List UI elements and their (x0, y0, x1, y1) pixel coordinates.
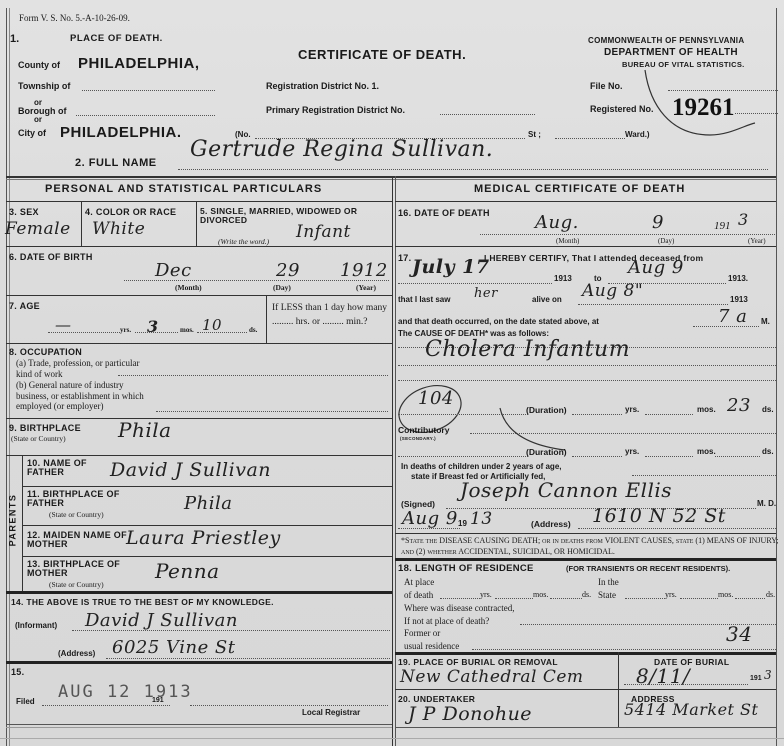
occupation-label: 8. OCCUPATION (9, 347, 82, 357)
duration-mos-caption-1: mos. (697, 405, 716, 414)
duration-yrs-field-2 (572, 456, 622, 457)
alive-on-label: alive on (532, 295, 562, 304)
city-label: City of (18, 128, 46, 138)
filed-field (42, 705, 170, 706)
burial-year-prefix: 191 (750, 675, 762, 682)
footnote-text: *State the DISEASE CAUSING DEATH; or in … (401, 536, 779, 557)
full-name-value: Gertrude Regina Sullivan. (190, 137, 493, 162)
physician-address-value: 1610 N 52 St (592, 505, 726, 527)
informant-label: (Informant) (15, 621, 57, 630)
row-rule-7 (6, 343, 392, 344)
father-birthplace-label: 11. BIRTHPLACE OF FATHER (27, 490, 127, 508)
duration-days-value: 23 (727, 395, 751, 416)
age-years-value: — (55, 315, 72, 334)
file-no-label: File No. (590, 81, 623, 91)
father-name-label: 10. NAME OF FATHER (27, 459, 107, 477)
age-mos-caption: mos. (180, 326, 194, 334)
age-divider (266, 295, 267, 343)
cause-line-2 (398, 365, 776, 366)
department-label: DEPARTMENT OF HEALTH (604, 47, 738, 58)
burial-date-value: 8/11/ (636, 664, 690, 688)
dod-day-caption: (Day) (658, 237, 674, 245)
duration-yrs-field-1 (572, 414, 622, 415)
state-ds-caption: ds. (766, 590, 775, 599)
occupation-b-field (156, 411, 388, 412)
signed-year-suffix: 13 (470, 509, 493, 529)
residence-yrs-field (440, 598, 480, 599)
attended-to-year: 1913. (728, 274, 748, 283)
bottom-rule-left (6, 724, 392, 725)
burial-bottom-rule (395, 689, 776, 690)
mother-name-value: Laura Priestley (126, 527, 281, 549)
duration-mos-field-2 (645, 456, 693, 457)
mother-name-label: 12. MAIDEN NAME OF MOTHER (27, 531, 142, 549)
less-than-day-text: If LESS than 1 day how many ......... hr… (272, 301, 390, 329)
full-name-field (178, 169, 768, 170)
contracted-label-1: Where was disease contracted, (404, 603, 514, 613)
filed-year-suffix: 191 (152, 697, 164, 704)
death-time-value: 7 a (718, 306, 747, 327)
contributory-field (470, 433, 776, 434)
duration-ds-caption-1: ds. (762, 405, 774, 414)
duration-yrs-caption-1: yrs. (625, 405, 639, 414)
death-time-suffix: M. (761, 317, 770, 326)
undertaker-value: J P Donohue (408, 703, 532, 725)
age-days-value: 10 (202, 316, 222, 334)
attended-from-year: 1913 (554, 274, 572, 283)
duration-ds-caption-2: ds. (762, 447, 774, 456)
parents-side-label: PARENTS (7, 494, 17, 547)
left-border (6, 8, 7, 746)
or-label-2: or (34, 115, 42, 124)
place-of-death-label: PLACE OF DEATH. (70, 33, 163, 44)
mother-birthplace-hint: (State or Country) (49, 580, 104, 589)
parents-bottom-rule (6, 591, 392, 594)
dod-month-caption: (Month) (556, 237, 579, 245)
borough-label: Borough of (18, 106, 67, 116)
duration-line-1-pre (398, 414, 528, 415)
contributory-sublabel: (SECONDARY.) (400, 436, 436, 441)
informant-address-value: 6025 Vine St (112, 637, 236, 658)
attended-from-value: July 17 (412, 256, 490, 278)
duration-label-1: (Duration) (526, 405, 567, 415)
birthplace-label: 9. BIRTHPLACE (9, 423, 81, 433)
alive-on-value: Aug 8" (582, 281, 643, 301)
county-value: PHILADELPHIA, (78, 55, 200, 72)
registration-district-label: Registration District No. 1. (266, 81, 379, 91)
residence-label: 18. LENGTH OF RESIDENCE (398, 563, 534, 574)
cause-value: Cholera Infantum (425, 337, 630, 362)
form-id: Form V. S. No. 5.-A-10-26-09. (19, 13, 130, 23)
dob-label: 6. DATE OF BIRTH (9, 252, 93, 262)
former-label-2: usual residence (404, 641, 459, 651)
bottom-rule-right (395, 727, 776, 728)
alive-on-year: 1913 (730, 295, 748, 304)
state-label: State (598, 590, 616, 600)
burial-place-label: 19. PLACE OF BURIAL OR REMOVAL (398, 657, 558, 667)
city-value: PHILADELPHIA. (60, 124, 182, 141)
personal-heading-rule (6, 201, 392, 202)
residence-mos-field (495, 598, 533, 599)
parents-rule-10 (22, 486, 392, 487)
last-saw-label: that I last saw (398, 295, 450, 304)
last-saw-pronoun: her (474, 286, 498, 301)
physician-address-field (578, 528, 776, 529)
age-label: 7. AGE (9, 301, 40, 311)
section-1-number: 1. (10, 33, 19, 45)
left-border-inner (9, 8, 10, 746)
children-text-1: In deaths of children under 2 years of a… (401, 462, 561, 471)
dob-month-caption: (Month) (175, 283, 202, 292)
county-label: County of (18, 60, 60, 70)
dod-label: 16. DATE OF DEATH (398, 208, 490, 218)
former-residence-field (472, 649, 776, 650)
parents-rule-11 (22, 525, 392, 526)
dod-month: Aug. (535, 212, 579, 233)
section-15-label: 15. (11, 667, 24, 677)
duration-mos-caption-2: mos. (697, 447, 716, 456)
parents-rule-12 (22, 556, 392, 557)
header-separator-thin (6, 179, 776, 180)
state-mos-field (680, 598, 718, 599)
contracted-label-2: If not at place of death? (404, 616, 489, 626)
contributory-label: Contributory (398, 425, 449, 435)
dod-year-caption: (Year) (748, 237, 766, 245)
row-rule-3 (6, 246, 392, 247)
page-bottom-edge (0, 738, 784, 739)
informant-value: David J Sullivan (85, 610, 238, 631)
former-label-1: Former or (404, 628, 440, 638)
sex-value: Female (5, 219, 71, 239)
state-ds-field (735, 598, 765, 599)
race-marital-divider (196, 201, 197, 246)
breast-fed-field (632, 475, 776, 476)
informant-heading: 14. THE ABOVE IS TRUE TO THE BEST OF MY … (11, 597, 274, 607)
personal-heading: PERSONAL AND STATISTICAL PARTICULARS (45, 183, 322, 195)
signed-year-prefix: 19 (458, 519, 467, 528)
state-yrs-field (625, 598, 665, 599)
signed-date-value: Aug 9 (402, 508, 458, 529)
footnote-bottom-rule (395, 558, 776, 561)
residence-ds-caption: ds. (582, 590, 591, 599)
dob-year: 1912 (340, 260, 388, 281)
dob-month: Dec (155, 260, 192, 281)
row-rule-8 (6, 418, 392, 419)
commonwealth-label: COMMONWEALTH OF PENNSYLVANIA (588, 36, 744, 45)
residence-mos-caption: mos. (533, 590, 548, 599)
row-rule-6 (6, 295, 392, 296)
dob-day: 29 (276, 260, 300, 281)
dod-day: 9 (652, 212, 664, 233)
race-value: White (92, 219, 145, 239)
right-border (776, 8, 777, 746)
occupation-a-field (118, 375, 388, 376)
medical-heading-rule (395, 201, 776, 202)
md-label: M. D. (757, 499, 776, 508)
informant-address-field (106, 658, 390, 659)
signed-value: Joseph Cannon Ellis (460, 478, 672, 502)
local-registrar-label: Local Registrar (302, 708, 360, 717)
in-the-label: In the (598, 577, 619, 587)
duration-ds-field-2 (715, 456, 760, 457)
dod-year-suffix: 3 (738, 210, 749, 229)
attended-to-value: Aug 9 (628, 257, 684, 278)
mother-birthplace-label: 13. BIRTHPLACE OF MOTHER (27, 560, 127, 578)
burial-year-suffix: 3 (764, 668, 772, 682)
age-ds-caption: ds. (249, 326, 257, 334)
birthplace-hint: (State or Country) (11, 434, 66, 443)
dob-day-caption: (Day) (273, 283, 291, 292)
age-yrs-caption: yrs. (120, 326, 131, 334)
full-name-label: 2. FULL NAME (75, 157, 157, 169)
death-certificate-document: Form V. S. No. 5.-A-10-26-09. 1. PLACE O… (0, 0, 784, 746)
residence-yrs-caption: yrs. (480, 590, 492, 599)
physician-address-label: (Address) (531, 519, 571, 529)
father-name-value: David J Sullivan (110, 459, 271, 481)
residence-sublabel: (FOR TRANSIENTS OR RECENT RESIDENTS). (566, 564, 730, 573)
filed-label: Filed (16, 697, 35, 706)
ward-field (555, 138, 625, 139)
duration-yrs-caption-2: yrs. (625, 447, 639, 456)
undertaker-address-value: 5414 Market St (624, 700, 758, 719)
at-place-label: At place (404, 577, 434, 587)
death-occurred-text: and that death occurred, on the date sta… (398, 317, 599, 326)
birthplace-value: Phila (118, 418, 172, 442)
residence-ds-field (550, 598, 582, 599)
primary-registration-district-label: Primary Registration District No. (266, 105, 405, 115)
state-yrs-caption: yrs. (665, 590, 677, 599)
alive-on-field (578, 304, 728, 305)
duration-mos-field-1 (645, 414, 693, 415)
sex-race-divider (81, 201, 82, 246)
signed-bottom-rule (395, 533, 776, 534)
occupation-b-text: (b) General nature of industry business,… (16, 380, 156, 412)
attended-from-field (398, 283, 552, 284)
borough-field (76, 115, 215, 116)
informant-address-label: (Address) (58, 649, 95, 658)
bottom-rule-left-2 (6, 727, 392, 728)
cert-section-label: 17. (398, 253, 411, 263)
ward-label: Ward.) (625, 130, 650, 139)
dob-year-caption: (Year) (356, 283, 376, 292)
row-rule-16 (395, 246, 776, 247)
marital-hint: (Write the word.) (218, 237, 269, 246)
header-separator (6, 176, 776, 178)
primary-district-field (440, 114, 535, 115)
column-divider-inner (395, 176, 396, 746)
burial-place-value: New Cathedral Cem (400, 667, 584, 687)
dod-field (480, 234, 775, 235)
township-field (82, 90, 215, 91)
st-label: St ; (528, 130, 541, 139)
parents-divider (22, 455, 23, 592)
filed-stamp: AUG 12 1913 (58, 682, 193, 702)
age-months-value: 3 (147, 317, 159, 336)
dod-year-prefix: 191 (714, 220, 731, 232)
duration-line-2-pre (398, 456, 528, 457)
marital-value: Infant (296, 222, 351, 242)
row-rule-9 (6, 455, 392, 456)
township-label: Township of (18, 81, 70, 91)
duration-label-2: (Duration) (526, 447, 567, 457)
mother-birthplace-value: Penna (155, 559, 220, 583)
local-registrar-field (190, 705, 388, 706)
father-birthplace-value: Phila (184, 493, 232, 514)
sex-label: 3. SEX (9, 207, 39, 217)
certificate-title: CERTIFICATE OF DEATH. (298, 47, 466, 62)
race-label: 4. COLOR OR RACE (85, 207, 176, 217)
former-residence-value: 34 (726, 622, 752, 646)
informant-bottom-rule (6, 661, 392, 664)
medical-heading: MEDICAL CERTIFICATE OF DEATH (474, 183, 685, 195)
father-birthplace-hint: (State or Country) (49, 510, 104, 519)
of-death-label: of death (404, 590, 433, 600)
state-mos-caption: mos. (718, 590, 733, 599)
residence-bottom-rule (395, 652, 776, 655)
column-divider (392, 176, 393, 746)
cause-code-value: 104 (418, 388, 454, 409)
